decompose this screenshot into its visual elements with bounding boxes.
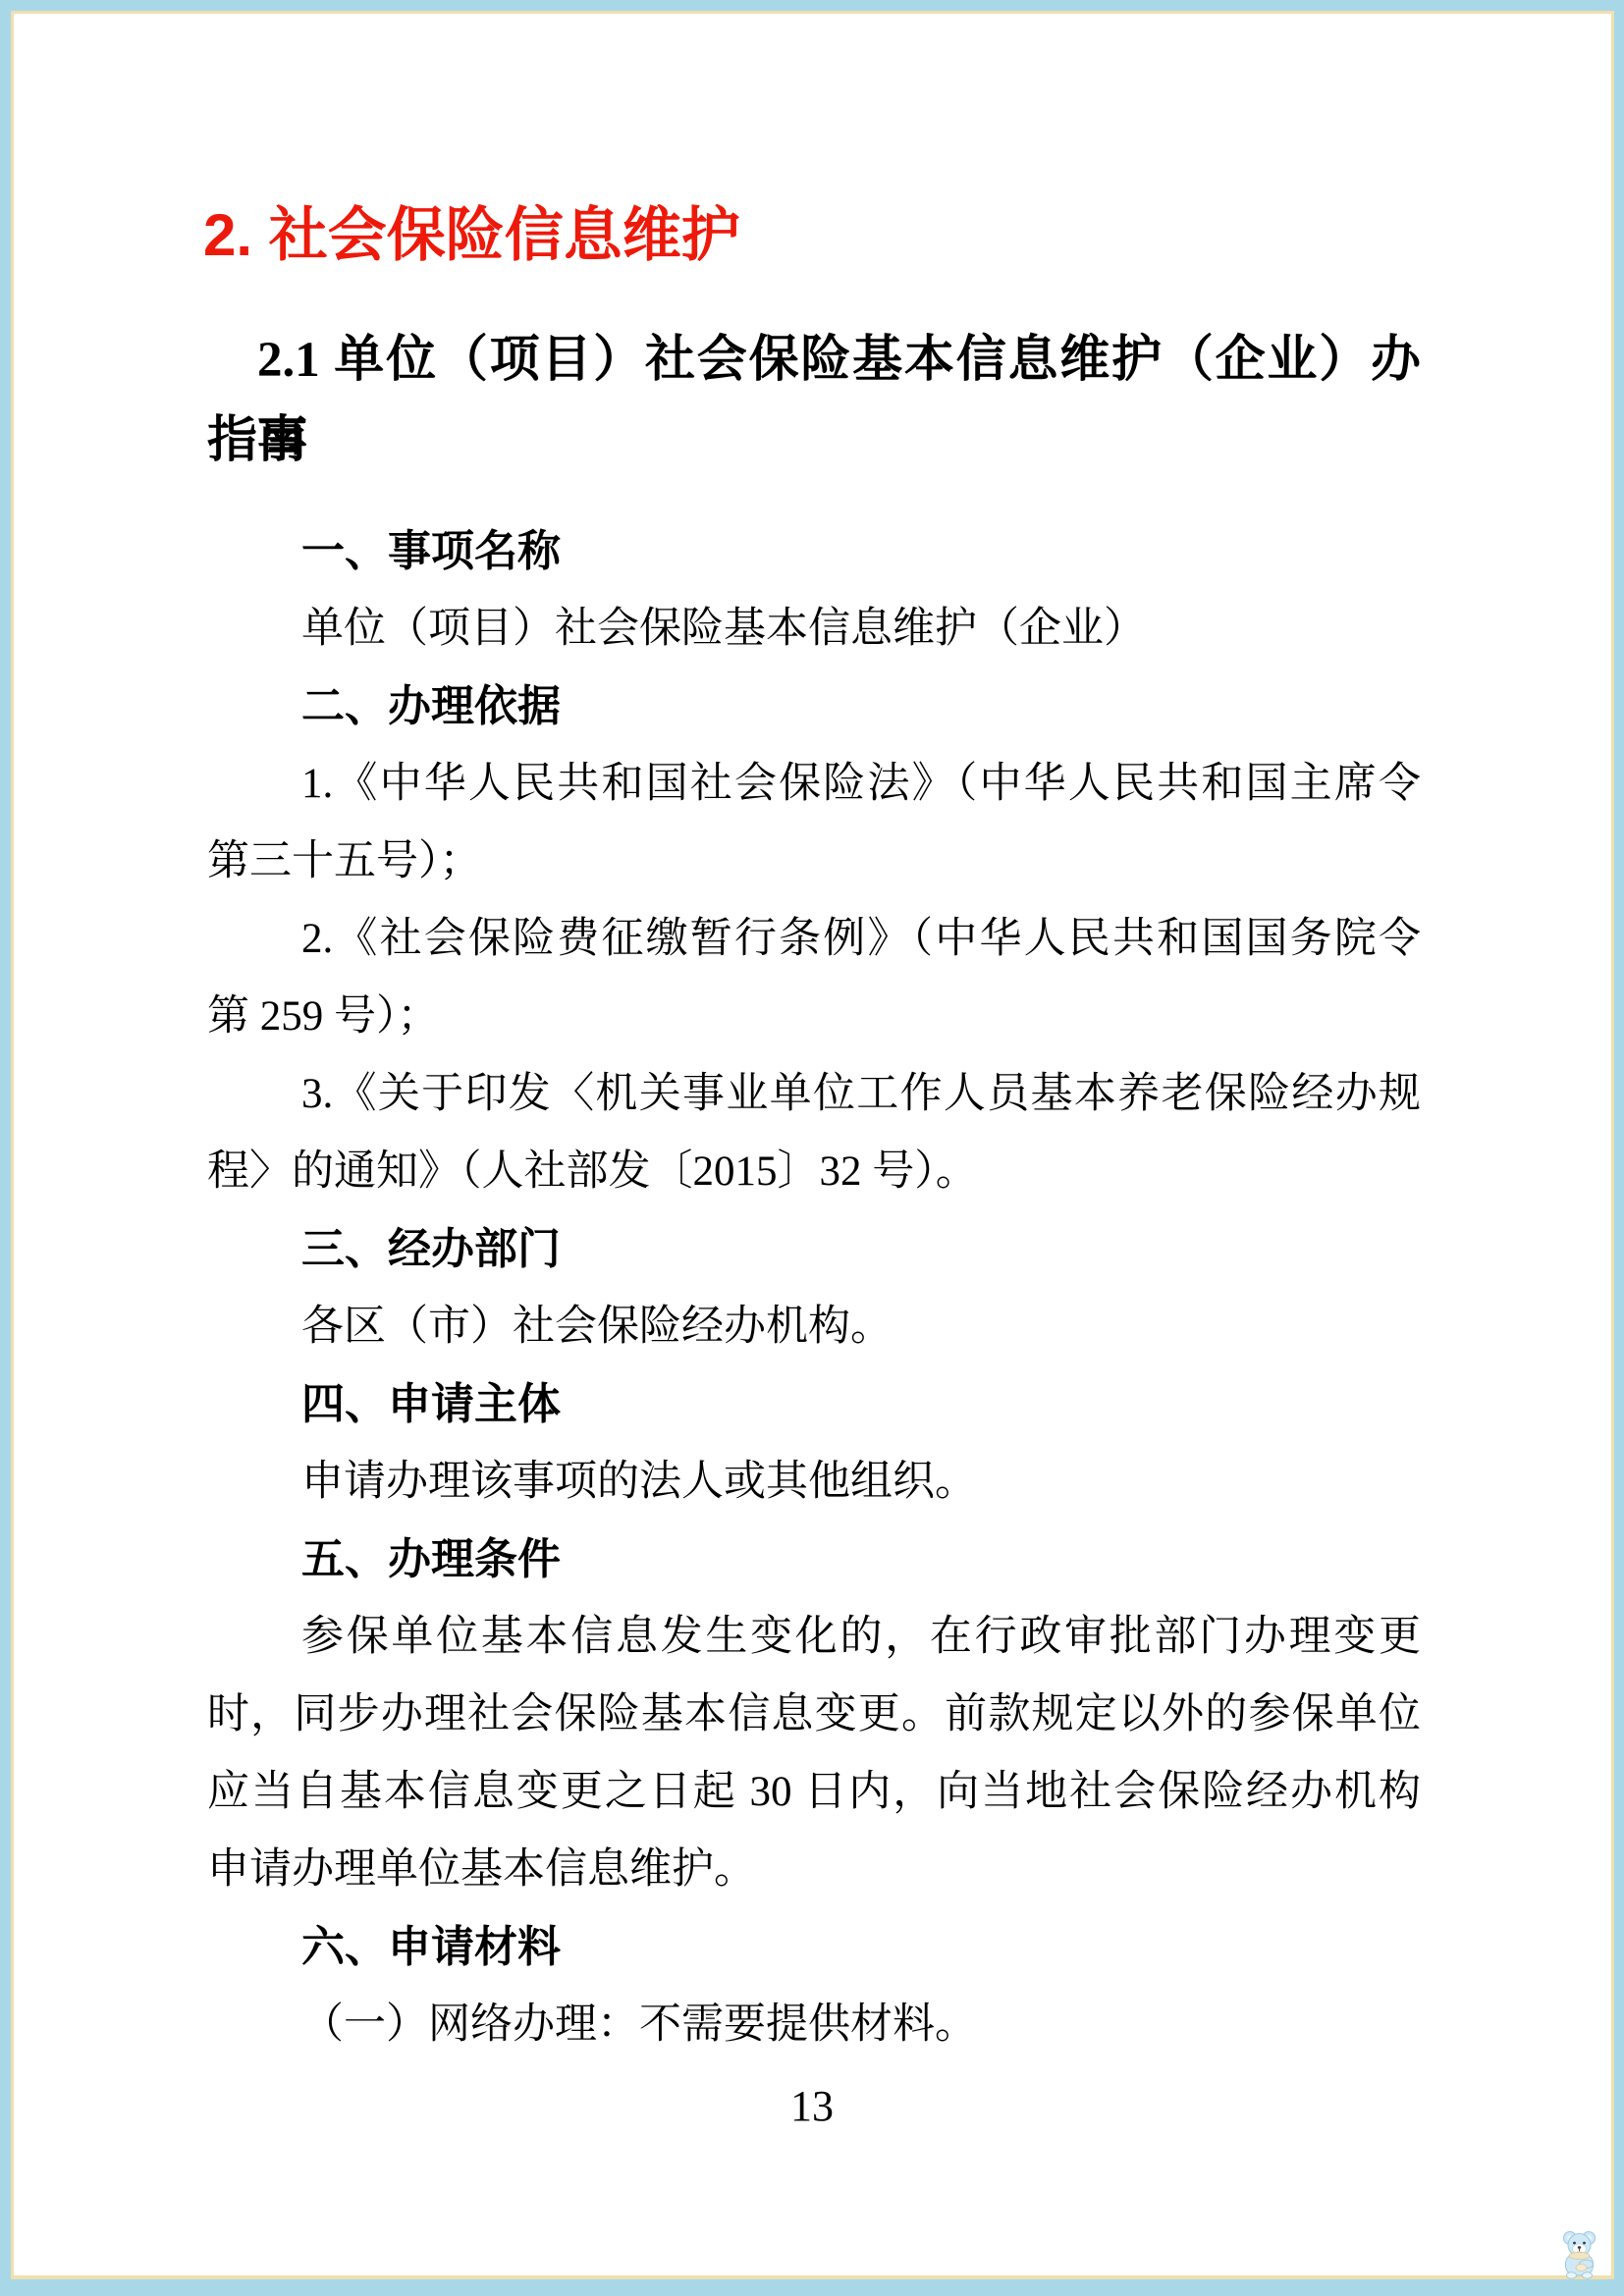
body-line: 单位（项目）社会保险基本信息维护（企业）: [207, 590, 1421, 667]
chapter-title: 2. 社会保险信息维护: [203, 196, 1421, 275]
page-number: 13: [0, 2077, 1624, 2136]
section-title-line2: 指南: [207, 400, 1421, 481]
body-text-block: 一、事项名称 单位（项目）社会保险基本信息维护（企业） 二、办理依据 1.《中华…: [207, 512, 1421, 2063]
body-line: 时，同步办理社会保险基本信息变更。前款规定以外的参保单位: [207, 1676, 1421, 1753]
body-line: 2.《社会保险费征缴暂行条例》（中华人民共和国国务院令: [207, 900, 1421, 978]
section-heading: 二、办理依据: [207, 667, 1421, 745]
section-heading: 一、事项名称: [207, 512, 1421, 590]
teddy-bear-icon: [1557, 2228, 1602, 2279]
body-line: 3.《关于印发〈机关事业单位工作人员基本养老保险经办规: [207, 1055, 1421, 1133]
body-line: 第三十五号）；: [207, 823, 1421, 900]
body-line: 申请办理该事项的法人或其他组织。: [207, 1443, 1421, 1521]
section-title-line1: 2.1 单位（项目）社会保险基本信息维护（企业）办事: [207, 320, 1421, 400]
body-line: 程〉的通知》（人社部发〔2015〕32 号）。: [207, 1133, 1421, 1210]
section-heading: 六、申请材料: [207, 1908, 1421, 1986]
section-heading: 四、申请主体: [207, 1365, 1421, 1443]
body-line: 申请办理单位基本信息维护。: [207, 1831, 1421, 1908]
body-line: 参保单位基本信息发生变化的，在行政审批部门办理变更: [207, 1598, 1421, 1676]
body-line: 1.《中华人民共和国社会保险法》（中华人民共和国主席令: [207, 745, 1421, 823]
document-page: 2. 社会保险信息维护 2.1 单位（项目）社会保险基本信息维护（企业）办事 指…: [0, 0, 1624, 2296]
section-heading: 三、经办部门: [207, 1210, 1421, 1288]
body-line: 应当自基本信息变更之日起 30 日内，向当地社会保险经办机构: [207, 1753, 1421, 1831]
body-line: 第 259 号）；: [207, 978, 1421, 1055]
body-line: （一）网络办理：不需要提供材料。: [207, 1986, 1421, 2063]
section-heading: 五、办理条件: [207, 1521, 1421, 1598]
body-line: 各区（市）社会保险经办机构。: [207, 1288, 1421, 1365]
